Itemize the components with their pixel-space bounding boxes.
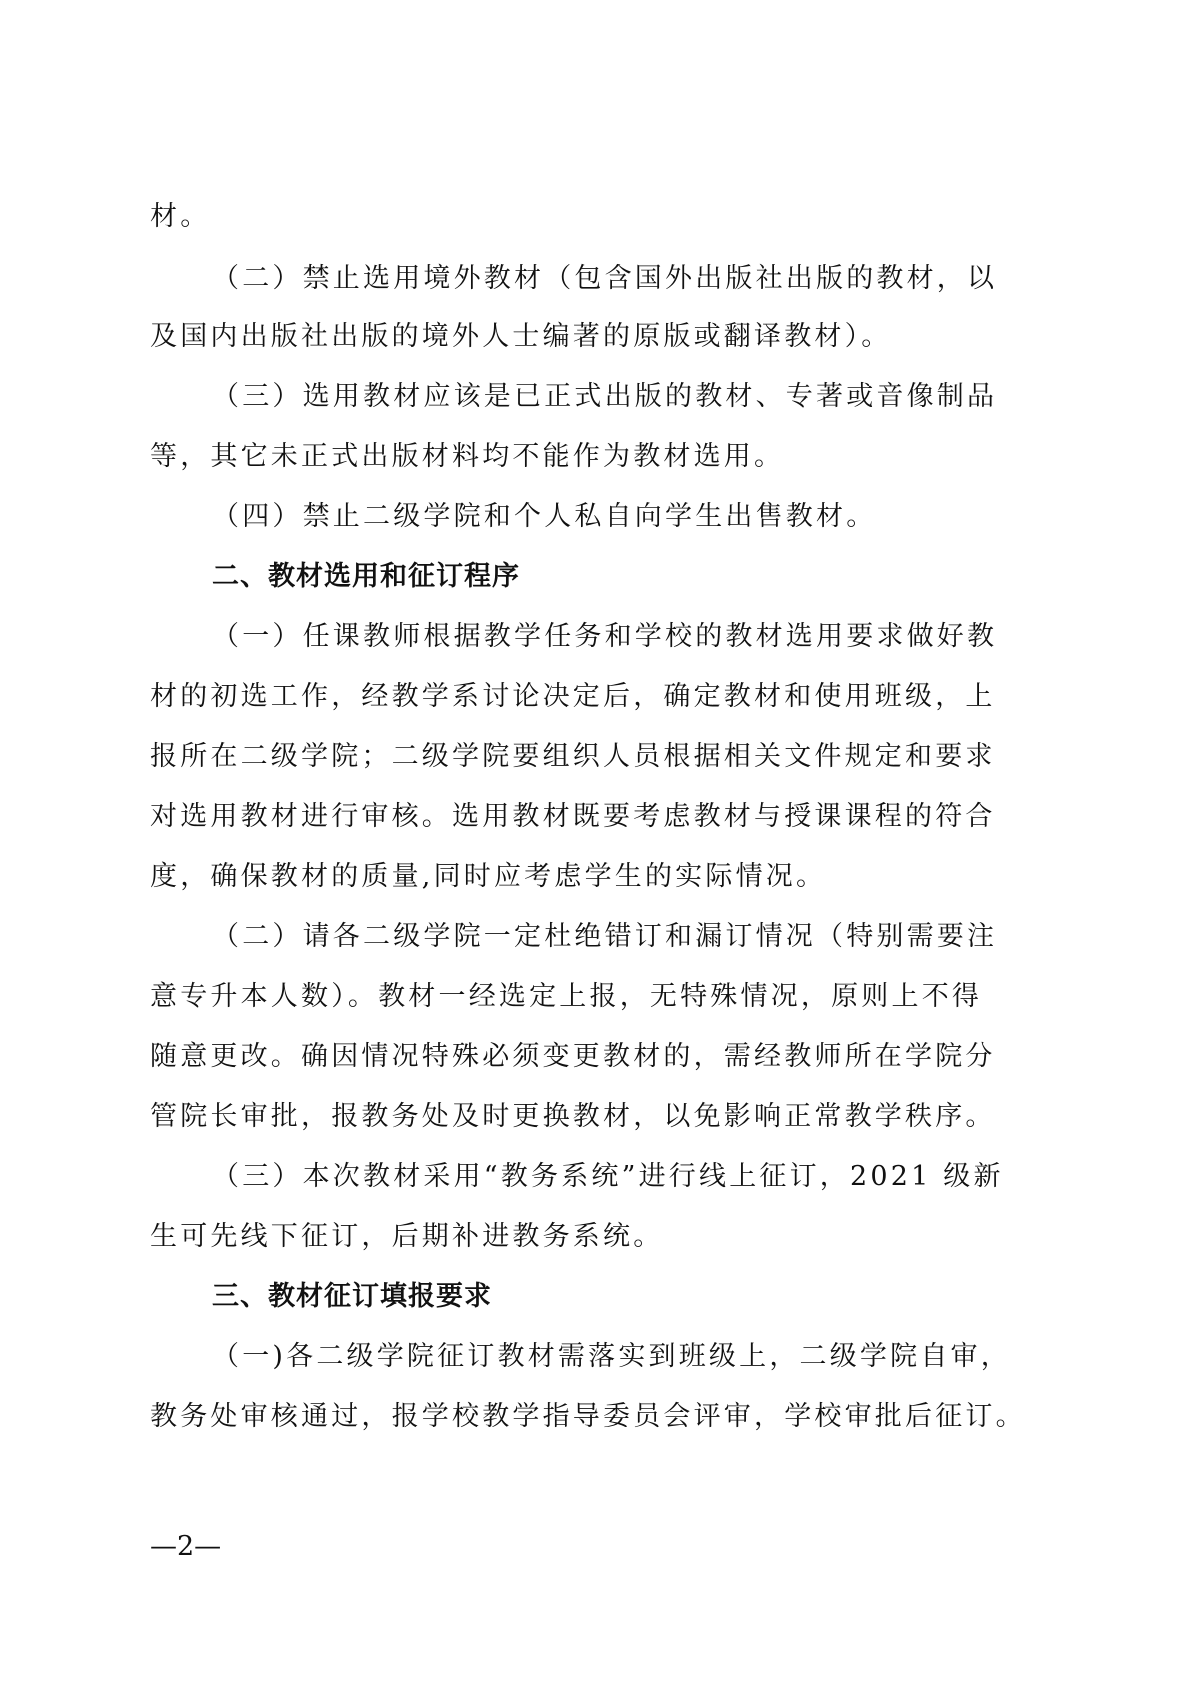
paragraph-line: （四）禁止二级学院和个人私自向学生出售教材。: [212, 500, 876, 534]
paragraph-line: 生可先线下征订，后期补进教务系统。: [150, 1220, 663, 1254]
paragraph-line: （二）请各二级学院一定杜绝错订和漏订情况（特别需要注: [212, 920, 997, 954]
paragraph-line: 意专升本人数）。教材一经选定上报，无特殊情况，原则上不得: [150, 980, 982, 1014]
document-page: 材。 （二）禁止选用境外教材（包含国外出版社出版的教材，以 及国内出版社出版的境…: [0, 0, 1191, 1684]
paragraph-line: 报所在二级学院；二级学院要组织人员根据相关文件规定和要求: [150, 740, 996, 774]
paragraph-line: （一）任课教师根据教学任务和学校的教材选用要求做好教: [212, 620, 997, 654]
page-number: —2—: [150, 1530, 221, 1564]
section-heading: 三、教材征订填报要求: [212, 1280, 492, 1314]
paragraph-line: 度，确保教材的质量,同时应考虑学生的实际情况。: [150, 860, 826, 894]
paragraph-line: 教务处审核通过，报学校教学指导委员会评审，学校审批后征订。: [150, 1400, 1026, 1434]
paragraph-line: （一)各二级学院征订教材需落实到班级上，二级学院自审，: [212, 1340, 1011, 1374]
paragraph-line: 及国内出版社出版的境外人士编著的原版或翻译教材）。: [150, 320, 892, 354]
paragraph-line: 材的初选工作，经教学系讨论决定后，确定教材和使用班级，上: [150, 680, 996, 714]
paragraph-line: （三）选用教材应该是已正式出版的教材、专著或音像制品: [212, 380, 997, 414]
paragraph-line: 等，其它未正式出版材料均不能作为教材选用。: [150, 440, 784, 474]
paragraph-line: 材。: [150, 200, 210, 234]
paragraph-line: （三）本次教材采用“教务系统”进行线上征订，2021 级新: [212, 1160, 1004, 1194]
paragraph-line: （二）禁止选用境外教材（包含国外出版社出版的教材，以: [212, 262, 997, 296]
paragraph-line: 对选用教材进行审核。选用教材既要考虑教材与授课课程的符合: [150, 800, 996, 834]
paragraph-line: 随意更改。确因情况特殊必须变更教材的，需经教师所在学院分: [150, 1040, 996, 1074]
paragraph-line: 管院长审批，报教务处及时更换教材，以免影响正常教学秩序。: [150, 1100, 996, 1134]
section-heading: 二、教材选用和征订程序: [212, 560, 520, 594]
